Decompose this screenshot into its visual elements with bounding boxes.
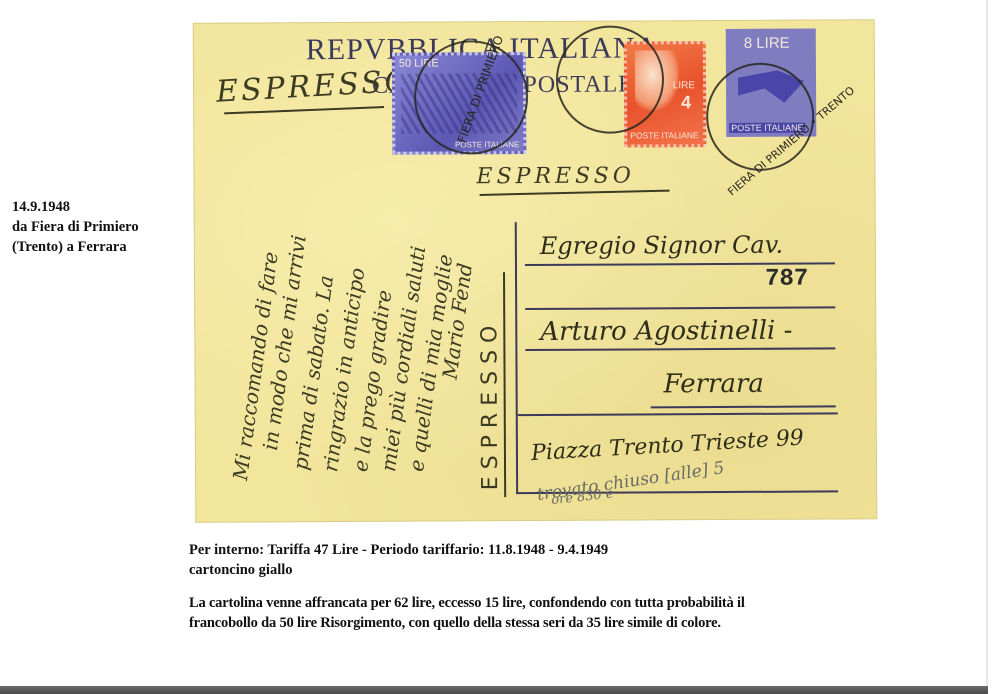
espresso-annotation-top: ESPRESSO: [215, 64, 413, 110]
address-line: [525, 306, 835, 309]
postmark-text: FIERA DI PRIMIERO • TRENTO: [725, 84, 857, 199]
address-line: [525, 347, 835, 350]
tariff-line: Per interno: Tariffa 47 Lire - Periodo t…: [189, 540, 745, 560]
address-city: Ferrara: [664, 369, 764, 400]
explanation-line: francobollo da 50 lire Risorgimento, con…: [189, 613, 745, 633]
caption-origin: da Fiera di Primiero: [12, 217, 139, 237]
stamp-currency: LIRE: [673, 80, 695, 91]
stamp-issuer: POSTE ITALIANE: [630, 130, 698, 140]
address-line: [518, 412, 838, 416]
stamp-value: 8 LIRE: [744, 35, 790, 52]
caption-date: 14.9.1948: [12, 197, 139, 217]
address-salutation: Egregio Signor Cav.: [540, 231, 783, 260]
caption-destination: (Trento) a Ferrara: [12, 237, 139, 257]
explanation-line: La cartolina venne affrancata per 62 lir…: [189, 593, 745, 613]
side-caption: 14.9.1948 da Fiera di Primiero (Trento) …: [12, 197, 139, 257]
address-number: 787: [765, 266, 808, 293]
espresso-annotation-vertical: ESPRESSO: [477, 319, 503, 491]
stamp-value: 4: [681, 92, 691, 113]
address-line: [651, 405, 836, 407]
postcard: REPVBBLICA ITALIANA CARTOLINA POSTALE ES…: [194, 20, 877, 522]
page-shadow: [0, 686, 988, 694]
handwritten-message: Mi raccomando di fare in modo che mi arr…: [214, 107, 616, 489]
card-type: cartoncino giallo: [189, 560, 745, 580]
address-name: Arturo Agostinelli -: [540, 316, 792, 347]
page-edge: [986, 0, 988, 690]
postmark-3: FIERA DI PRIMIERO • TRENTO: [706, 63, 815, 172]
description-notes: Per interno: Tariffa 47 Lire - Periodo t…: [189, 540, 745, 633]
